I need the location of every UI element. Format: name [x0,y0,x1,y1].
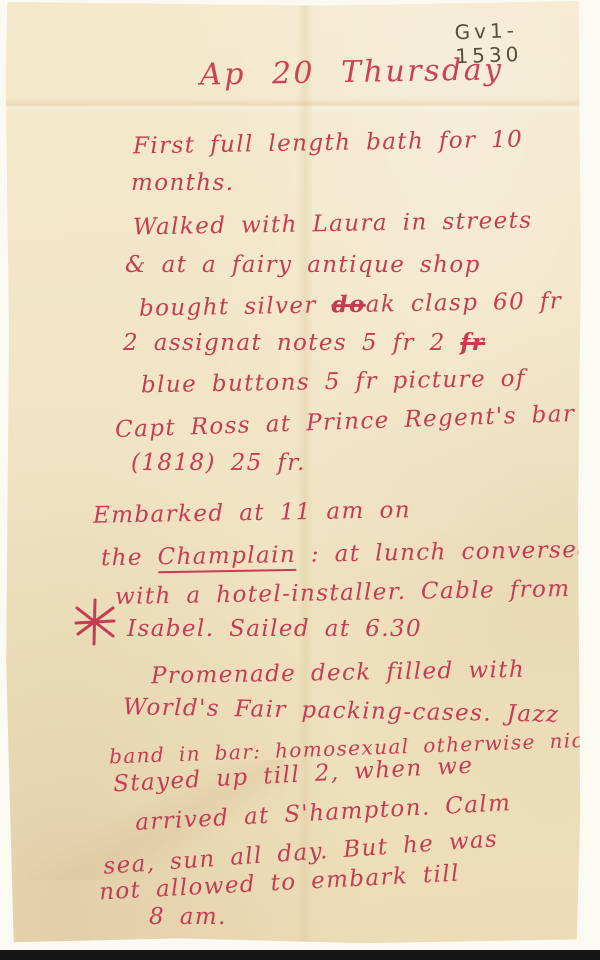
line-text: bought silver [139,292,332,321]
diary-line: & at a fairy antique shop [125,254,481,277]
diary-line: months. [131,172,234,195]
diary-line: blue buttons 5 fr picture of [141,368,526,398]
diary-line: First full length bath for 10 [133,129,524,159]
diary-page: Gv1-1530 Ap 20 Thursday First full lengt… [5,0,582,946]
entry-date-heading: Ap 20 Thursday [200,55,504,90]
diary-line: (1818) 25 fr. [131,452,306,475]
diary-line: 2 assignat notes 5 fr 2 fr [123,331,485,355]
ship-name-underlined: Champlain [157,542,296,573]
diary-line: World's Fair packing-cases. Jazz [123,696,560,727]
diary-line: bought silver doak clasp 60 fr [139,289,563,320]
struck-word: fr [460,329,485,356]
diary-line: the Champlain : at lunch conversed [101,539,594,571]
line-text: the [101,544,158,571]
margin-asterisk-icon [73,596,117,648]
horizontal-crease [5,98,582,112]
diary-line: Walked with Laura in streets [133,210,533,240]
diary-line: Promenade deck filled with [151,659,525,689]
diary-line: Capt Ross at Prince Regent's bar [115,403,576,442]
line-text: 2 assignat notes 5 fr 2 [123,330,460,356]
diary-line: Isabel. Sailed at 6.30 [127,618,422,641]
struck-word: do [331,291,366,319]
scan-edge-bar [0,950,600,960]
diary-line: with a hotel-installer. Cable from [115,578,571,609]
line-text: : at lunch conversed [296,537,594,568]
diary-line: Embarked at 11 am on [93,499,411,528]
diary-line: 8 am. [149,906,227,929]
line-text: ak clasp 60 fr [366,288,563,317]
